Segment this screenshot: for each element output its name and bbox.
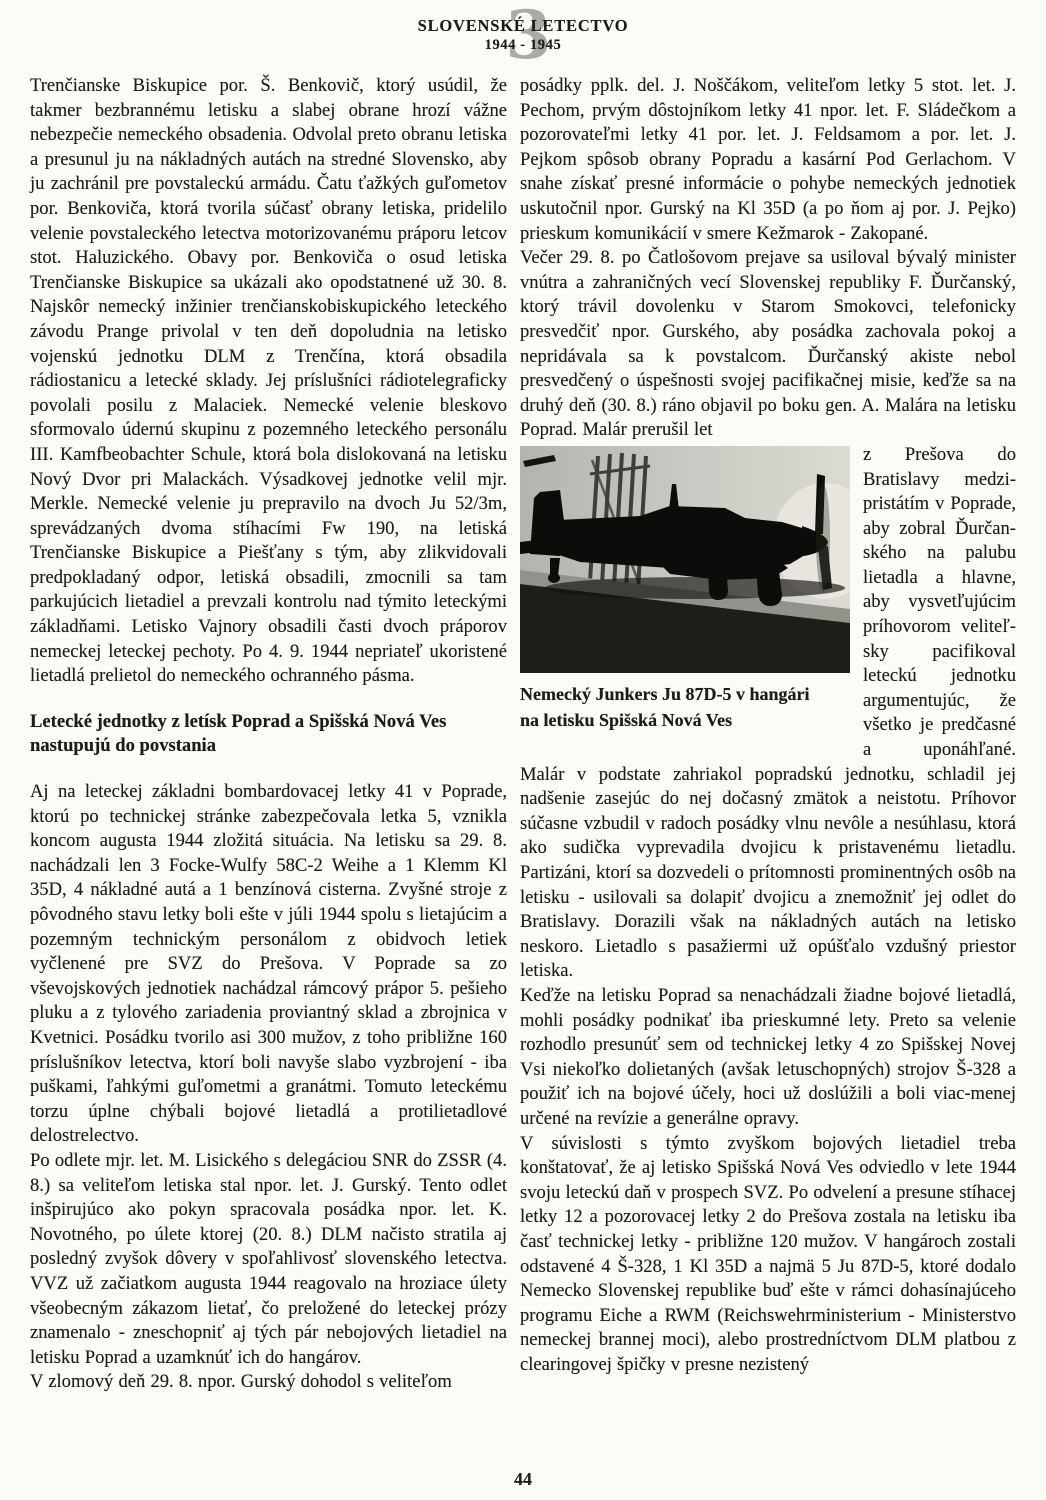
photo-caption: Nemecký Junkers Ju 87D-5 v hangári na le… xyxy=(520,681,850,733)
header-subtitle: 1944 - 1945 xyxy=(418,37,629,54)
paragraph: Po odlete mjr. let. M. Lisického s deleg… xyxy=(30,1149,507,1370)
paragraph: posádky pplk. del. J. Noščákom, veliteľo… xyxy=(520,74,1016,246)
left-column: Trenčianske Biskupice por. Š. Benkovič, … xyxy=(30,74,507,1395)
junkers-ju-87-photo xyxy=(520,446,850,673)
caption-line-1: Nemecký Junkers Ju 87D-5 v hangári xyxy=(520,681,850,707)
aircraft-shadow xyxy=(545,577,845,599)
page-number: 44 xyxy=(30,1469,1016,1490)
right-column: posádky pplk. del. J. Noščákom, veliteľo… xyxy=(520,74,1016,1395)
paragraph: V súvislosti s týmto zvyškom bojových li… xyxy=(520,1132,1016,1378)
propeller-blur xyxy=(816,484,830,592)
caption-line-2: na letisku Spišská Nová Ves xyxy=(520,707,850,733)
page-header: 3 SLOVENSKÉ LETECTVO 1944 - 1945 xyxy=(0,16,1046,54)
text-columns: Trenčianske Biskupice por. Š. Benkovič, … xyxy=(30,74,1016,1395)
paragraph: Večer 29. 8. po Čatlošovom prejave sa us… xyxy=(520,246,1016,443)
figure-text-wrap: Nemecký Junkers Ju 87D-5 v hangári na le… xyxy=(520,443,1016,984)
book-page: 3 SLOVENSKÉ LETECTVO 1944 - 1945 Trenčia… xyxy=(0,0,1046,1500)
aircraft-photo-figure: Nemecký Junkers Ju 87D-5 v hangári na le… xyxy=(520,446,850,733)
paragraph: V zlomový deň 29. 8. npor. Gurský dohodo… xyxy=(30,1370,507,1395)
paragraph: Keďže na letisku Poprad sa nenachádzali … xyxy=(520,984,1016,1132)
header-title: SLOVENSKÉ LETECTVO xyxy=(418,16,629,36)
paragraph: Aj na leteckej základni bombardovacej le… xyxy=(30,780,507,1149)
section-heading: Letecké jednotky z letísk Poprad a Spišs… xyxy=(30,710,507,759)
paragraph: Trenčianske Biskupice por. Š. Benkovič, … xyxy=(30,74,507,689)
